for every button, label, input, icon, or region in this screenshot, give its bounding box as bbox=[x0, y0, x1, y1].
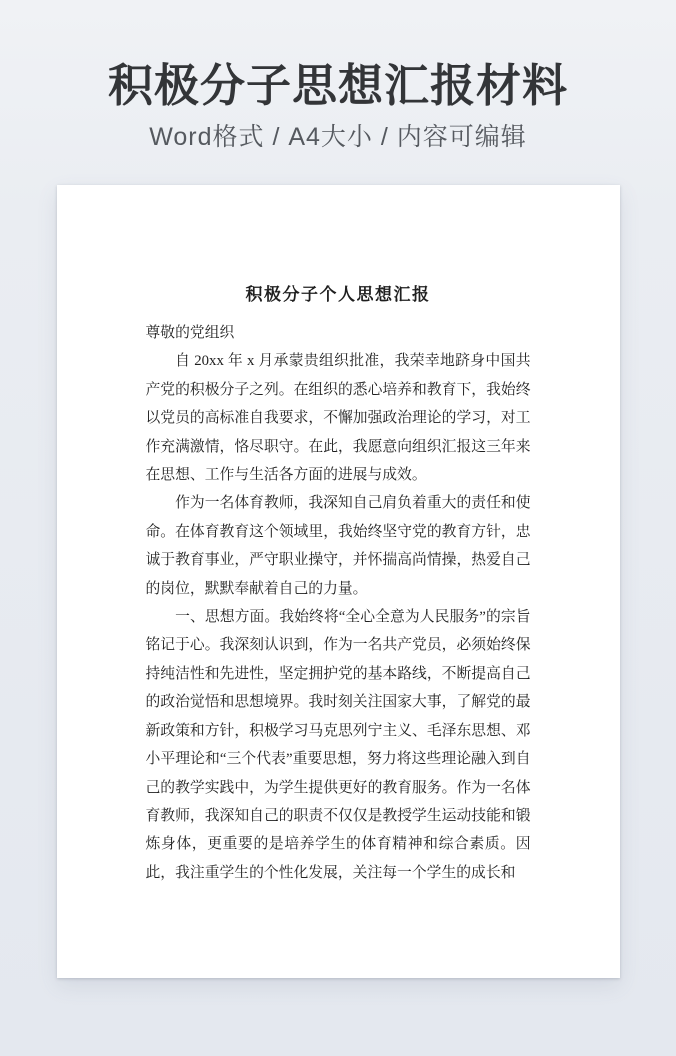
document-title: 积极分子个人思想汇报 bbox=[146, 281, 531, 309]
promo-header: 积极分子思想汇报材料 Word格式 / A4大小 / 内容可编辑 bbox=[0, 0, 676, 152]
page-title: 积极分子思想汇报材料 bbox=[0, 58, 676, 114]
document-salutation: 尊敬的党组织 bbox=[146, 319, 531, 347]
document-paragraph: 自 20xx 年 x 月承蒙贵组织批准，我荣幸地跻身中国共产党的积极分子之列。在… bbox=[146, 347, 531, 489]
document-paragraph: 一、思想方面。我始终将“全心全意为人民服务”的宗旨铭记于心。我深刻认识到，作为一… bbox=[146, 603, 531, 887]
document-body: 积极分子个人思想汇报 尊敬的党组织 自 20xx 年 x 月承蒙贵组织批准，我荣… bbox=[146, 281, 531, 887]
page-subtitle: Word格式 / A4大小 / 内容可编辑 bbox=[0, 122, 676, 152]
document-paragraph: 作为一名体育教师，我深知自己肩负着重大的责任和使命。在体育教育这个领域里，我始终… bbox=[146, 489, 531, 603]
document-page: 积极分子个人思想汇报 尊敬的党组织 自 20xx 年 x 月承蒙贵组织批准，我荣… bbox=[57, 185, 620, 978]
